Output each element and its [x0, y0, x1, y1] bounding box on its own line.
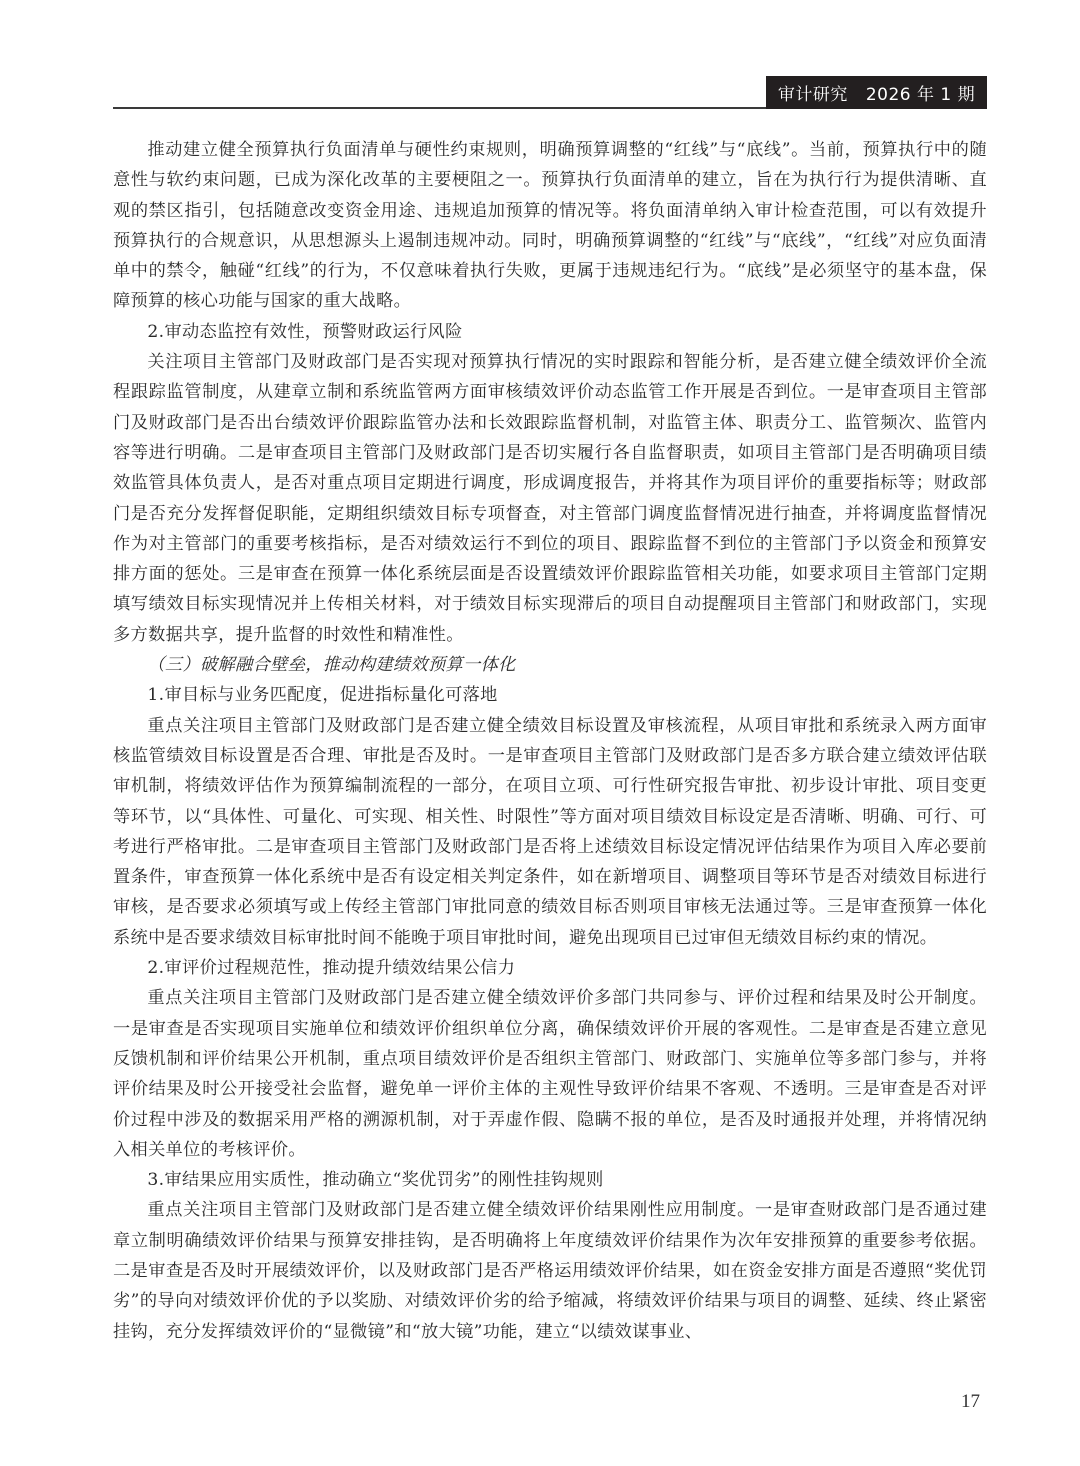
paragraph: 重点关注项目主管部门及财政部门是否建立健全绩效目标设置及审核流程，从项目审批和系… — [113, 711, 987, 953]
paragraph: 推动建立健全预算执行负面清单与硬性约束规则，明确预算调整的“红线”与“底线”。当… — [113, 135, 987, 317]
issue-label: 2026 年 1 期 — [866, 80, 975, 105]
section-heading: （三）破解融合壁垒，推动构建绩效预算一体化 — [113, 650, 987, 680]
page-number: 17 — [961, 1391, 980, 1413]
subsection-heading: 3.审结果应用实质性，推动确立“奖优罚劣”的刚性挂钩规则 — [113, 1165, 987, 1195]
running-header: 审计研究 2026 年 1 期 — [766, 76, 987, 109]
paragraph: 关注项目主管部门及财政部门是否实现对预算执行情况的实时跟踪和智能分析，是否建立健… — [113, 347, 987, 650]
article-body: 推动建立健全预算执行负面清单与硬性约束规则，明确预算调整的“红线”与“底线”。当… — [113, 135, 987, 1347]
journal-title: 审计研究 — [778, 80, 848, 105]
subsection-heading: 1.审目标与业务匹配度，促进指标量化可落地 — [113, 680, 987, 710]
subsection-heading: 2.审评价过程规范性，推动提升绩效结果公信力 — [113, 953, 987, 983]
paragraph: 重点关注项目主管部门及财政部门是否建立健全绩效评价结果刚性应用制度。一是审查财政… — [113, 1195, 987, 1346]
paragraph: 重点关注项目主管部门及财政部门是否建立健全绩效评价多部门共同参与、评价过程和结果… — [113, 983, 987, 1165]
subsection-heading: 2.审动态监控有效性，预警财政运行风险 — [113, 317, 987, 347]
